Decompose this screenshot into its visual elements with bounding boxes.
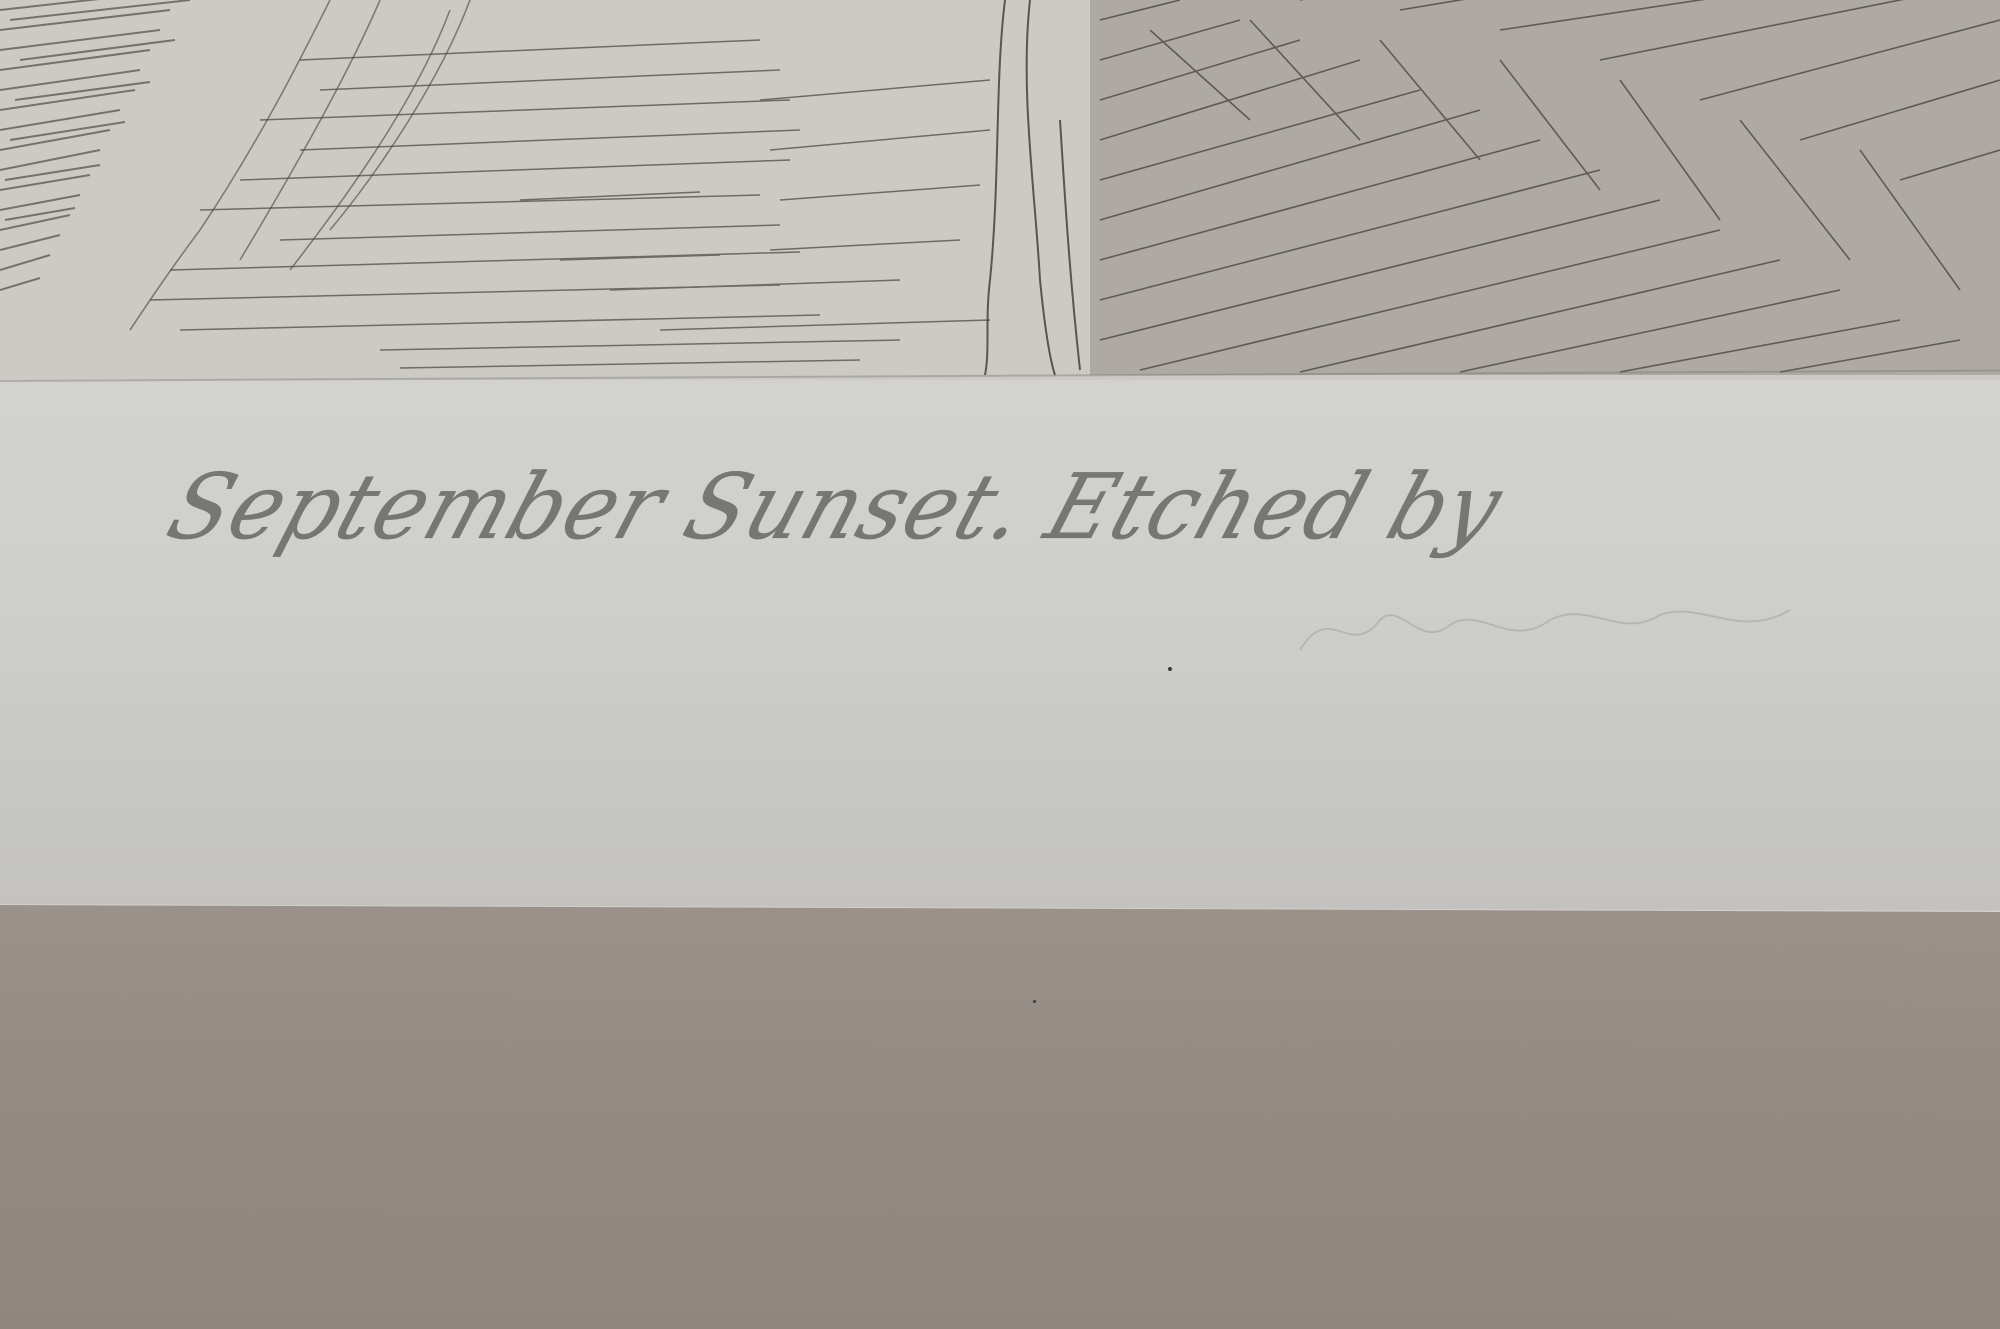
- mat-board: [0, 905, 2000, 1329]
- mat-speck: [1033, 1000, 1036, 1003]
- etched-plate-image: [0, 0, 2000, 382]
- etching-hatching: [0, 0, 2000, 382]
- engraved-caption: September Sunset. Etched by: [156, 455, 1515, 560]
- pencil-signature-illegible: [1290, 580, 1850, 670]
- paper-speck: [1168, 667, 1172, 671]
